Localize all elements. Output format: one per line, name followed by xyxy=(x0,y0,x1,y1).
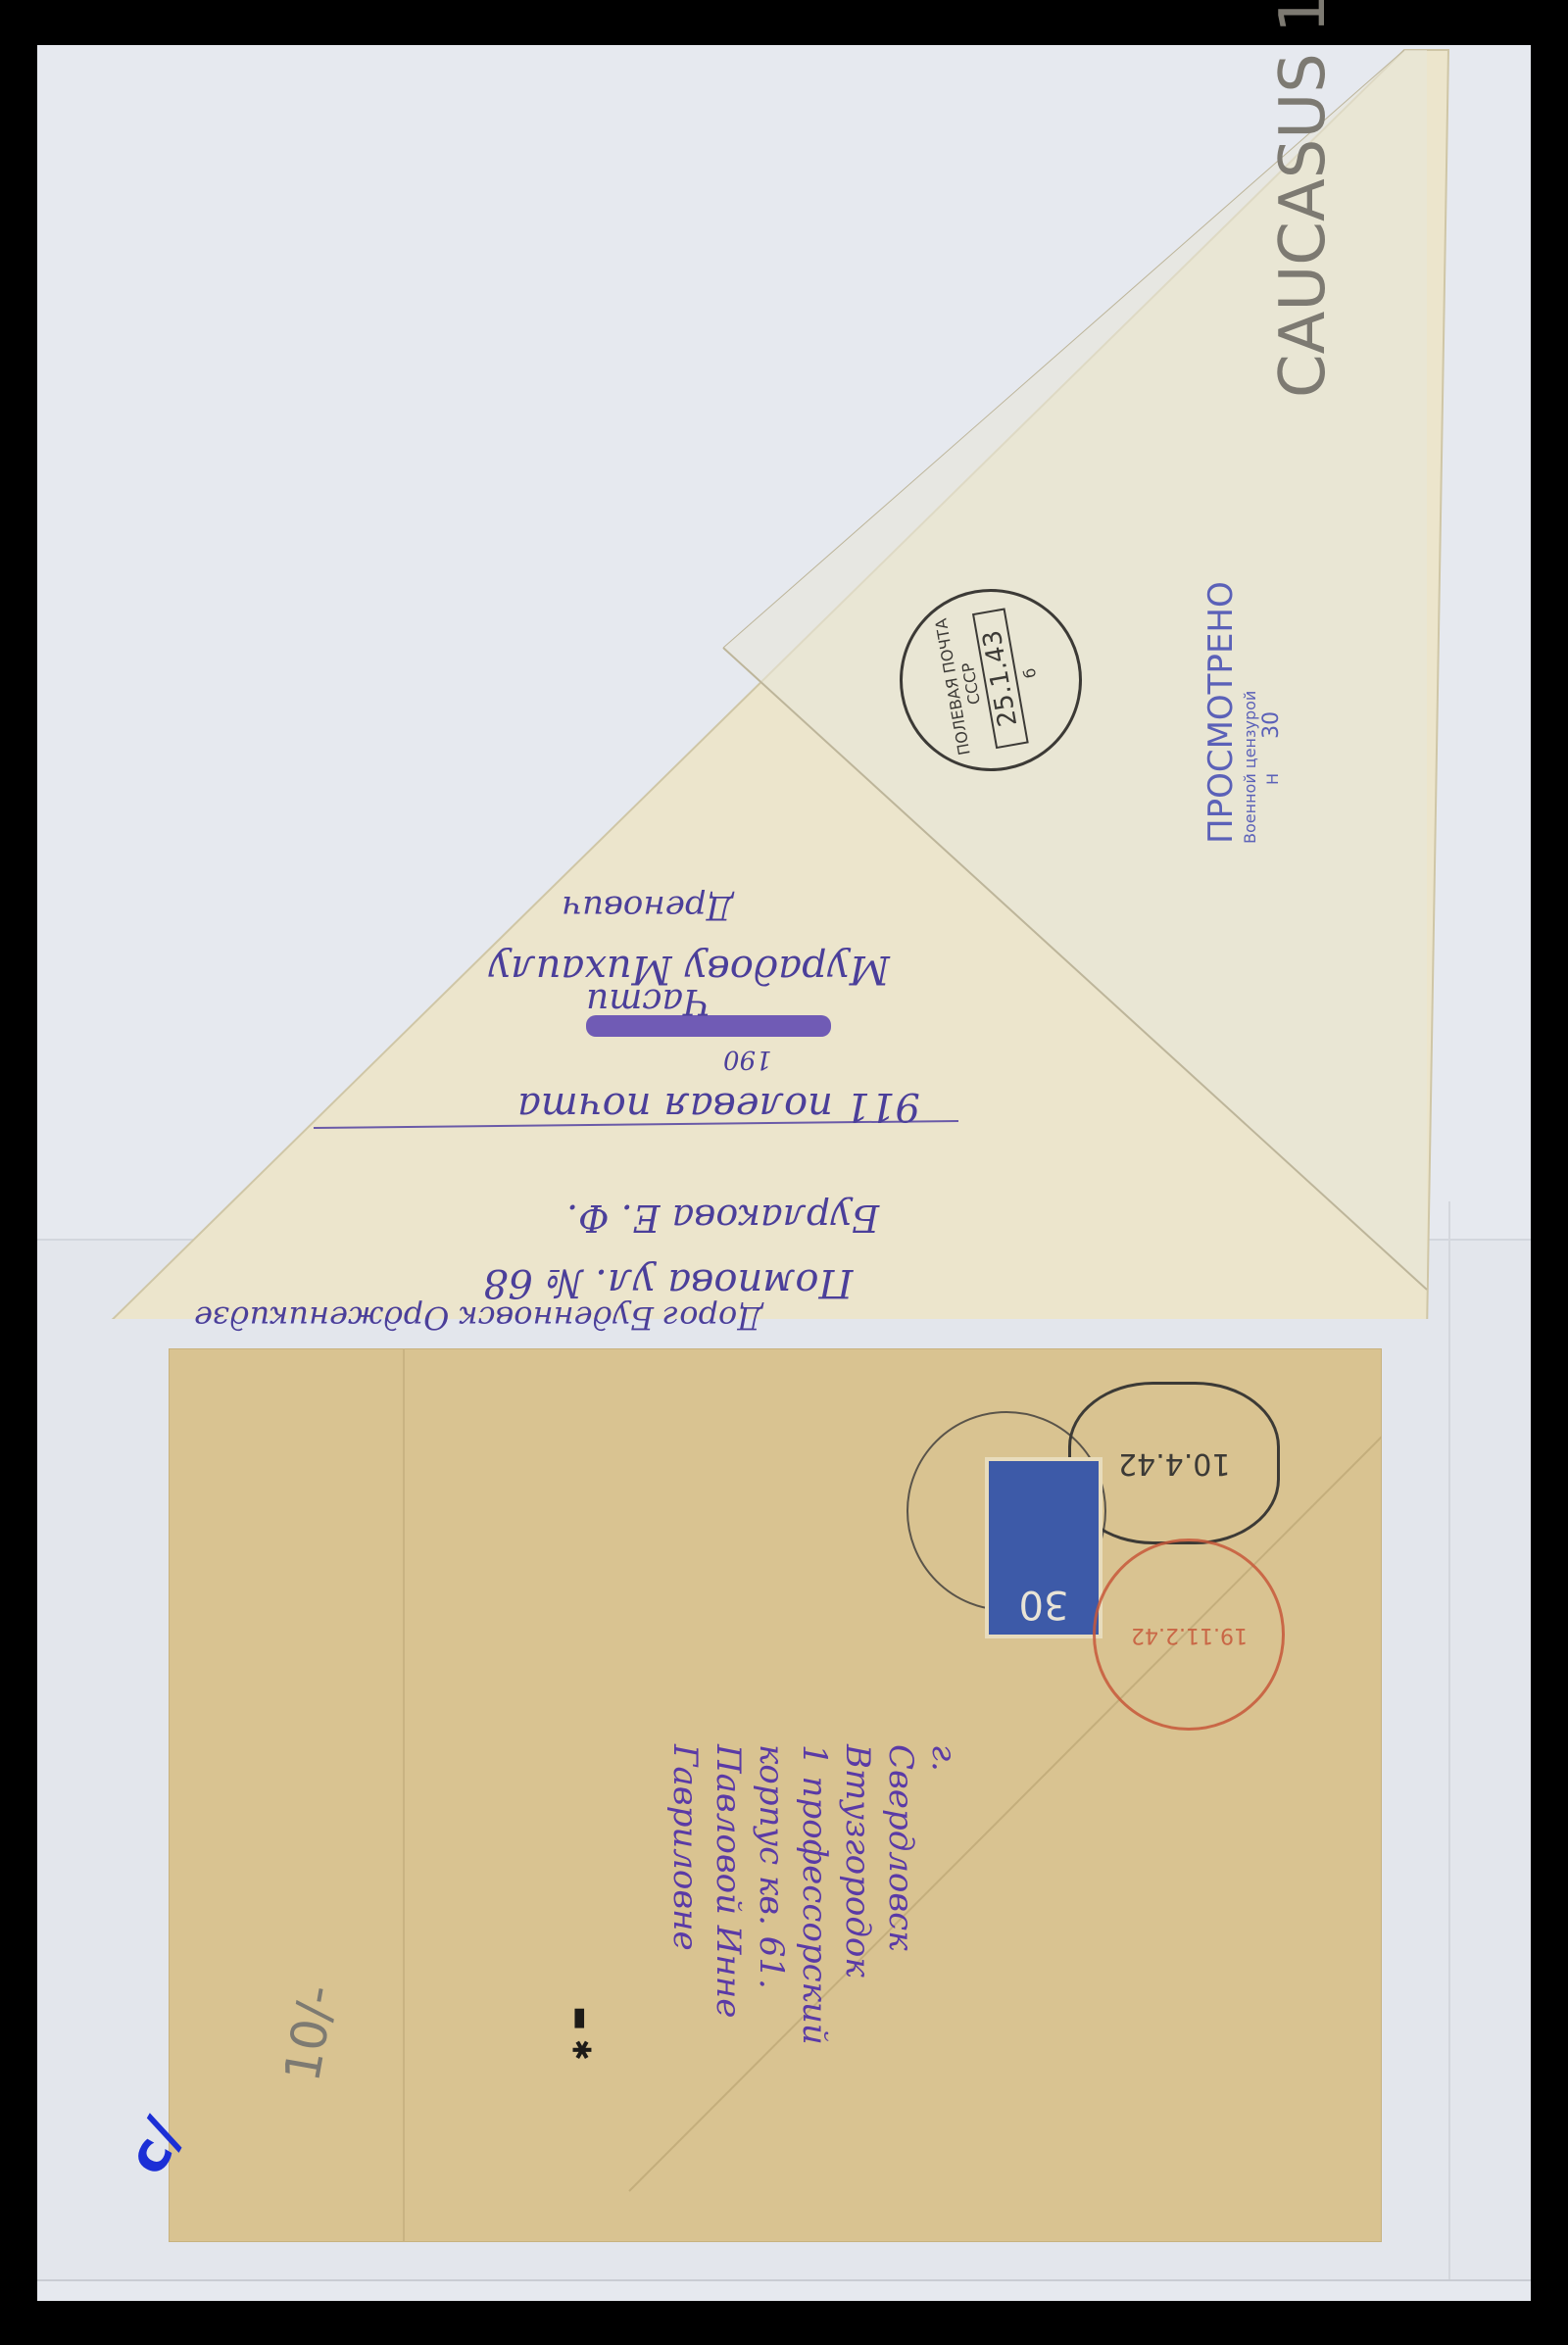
address-line: корпус кв. 61. xyxy=(750,1744,793,2045)
address-line: Дренович xyxy=(562,888,733,927)
address-line: Свердловск xyxy=(879,1744,922,2045)
censor-stamp: ПРОСМОТРЕНО Военной цензурой Н 30 xyxy=(1201,581,1284,844)
address-line: 190 xyxy=(723,1045,772,1074)
censor-number: 30 xyxy=(1259,711,1284,739)
censor-letter: Н xyxy=(1263,773,1282,785)
sleeve-edge xyxy=(1448,1201,1450,2279)
address-line: Бурлакова Е. Ф. xyxy=(566,1197,879,1240)
envelope-address: г. Свердловск Втузгородок 1 профессорски… xyxy=(663,1744,965,2045)
censor-line1: ПРОСМОТРЕНО xyxy=(1201,581,1241,844)
red-postmark-date: 19.11.2.42 xyxy=(1131,1623,1248,1647)
address-line: Мурадову Михаилу xyxy=(488,947,890,992)
censor-line2: Военной цензурой xyxy=(1241,581,1259,844)
red-postmark: 19.11.2.42 xyxy=(1093,1539,1285,1731)
stamp-value: 30 xyxy=(1019,1582,1069,1627)
triangle-letter: CAUCASUS 12.- ПОЛЕВАЯ ПОЧТА СССР 25.1.43… xyxy=(37,45,1531,1319)
address-line: 911 полевая почта xyxy=(517,1084,920,1129)
address-line: Павловой Инне xyxy=(707,1744,750,2045)
address-line: 1 профессорский xyxy=(793,1744,836,2045)
black-handstamp: ▬ ✱ xyxy=(566,2006,596,2060)
address-line: Гавриловне xyxy=(663,1744,707,2045)
address-line: Втузгородок xyxy=(836,1744,879,2045)
pencil-note: CAUCASUS 12.- xyxy=(1267,0,1340,398)
postmark-date: 10.4.42 xyxy=(1118,1446,1231,1481)
address-line: г. xyxy=(922,1744,965,2045)
postage-stamp: 30 xyxy=(985,1457,1102,1638)
address-line: Помпова ул. № 68 xyxy=(483,1260,853,1305)
